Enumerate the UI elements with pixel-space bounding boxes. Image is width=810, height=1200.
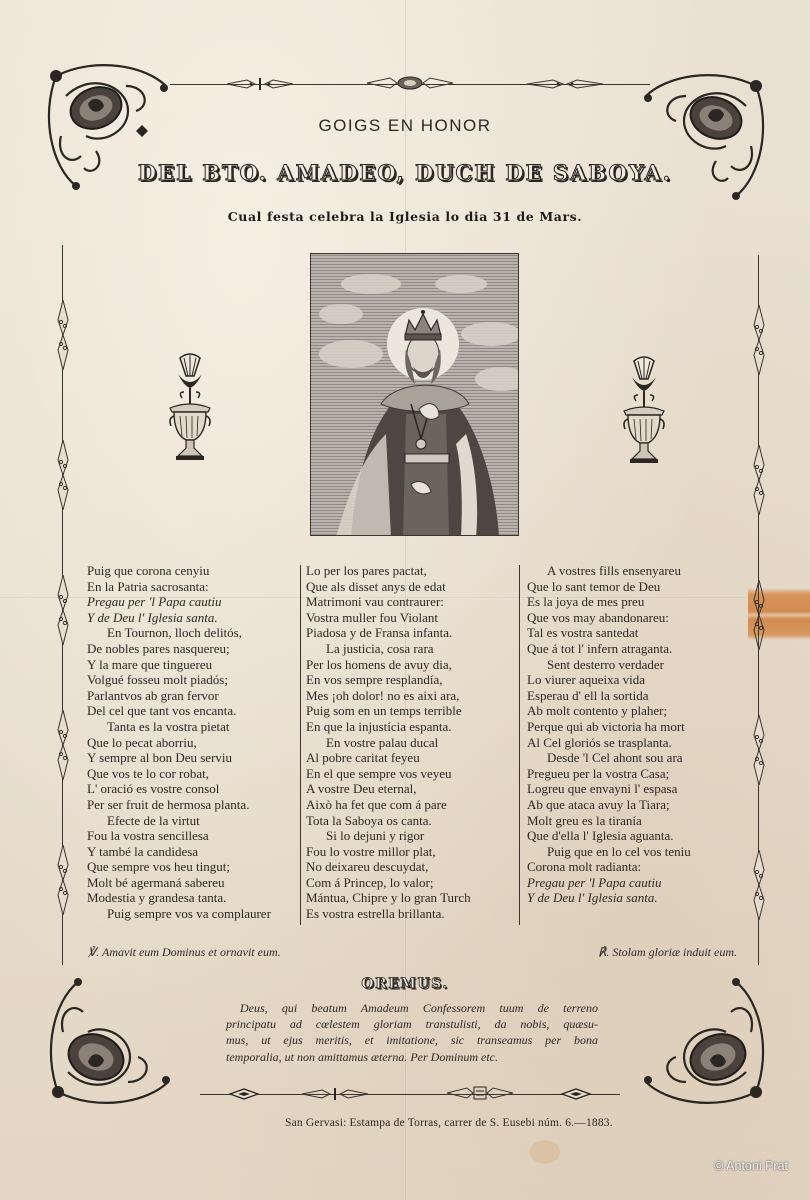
verse-line: Fou lo vostre millor plat, [306, 844, 518, 860]
border-ornament-icon [56, 845, 70, 915]
verse-line: Que sempre vos heu tingut; [87, 859, 299, 875]
verse-column-3: A vostres fills ensenyareuQue lo sant te… [527, 563, 742, 906]
border-ornament-icon [56, 575, 70, 645]
verse-line: Al Cel gloriós se trasplanta. [527, 735, 742, 751]
verse-line: Pregau per 'l Papa cautiu [87, 594, 299, 610]
verse-line: Que als disset anys de edat [306, 579, 518, 595]
border-ornament-icon [56, 710, 70, 780]
border-ornament-icon [225, 78, 295, 90]
verse-line: Al pobre caritat feyeu [306, 750, 518, 766]
border-ornament-icon [752, 305, 766, 375]
header-goigs-en-honor: GOIGS EN HONOR [0, 116, 810, 136]
verse-line: En vos sempre resplandía, [306, 672, 518, 688]
verse-line: Puig som en un temps terrible [306, 703, 518, 719]
verse-line: Modestia y grandesa tanta. [87, 890, 299, 906]
border-ornament-icon [56, 300, 70, 370]
verse-line: Puig que en lo cel vos teniu [527, 844, 742, 860]
verse-line: Matrimoni vau contraurer: [306, 594, 518, 610]
verse-line: Tota la Saboya os canta. [306, 813, 518, 829]
border-ornament-icon [752, 445, 766, 515]
verse-line: Que lo pecat aborriu, [87, 735, 299, 751]
prayer-line: principatu ad cœlestem gloriam transtuli… [226, 1016, 598, 1032]
verse-line: Si lo dejuni y rigor [306, 828, 518, 844]
border-diamond-icon [228, 1088, 260, 1100]
verse-line: Efecte de la virtut [87, 813, 299, 829]
border-bottom [200, 1094, 620, 1095]
corner-cartouche-icon [636, 972, 776, 1112]
verse-line: Pregau per 'l Papa cautiu [527, 875, 742, 891]
verse-line: En el que sempre vos veyeu [306, 766, 518, 782]
verse-line: Perque qui ab victoria ha mort [527, 719, 742, 735]
verse-line: Molt bé agermaná sabereu [87, 875, 299, 891]
verse-line: De nobles pares nasquereu; [87, 641, 299, 657]
verse-line: En que la injustícia espanta. [306, 719, 518, 735]
verse-line: Volgué fosseu molt piadós; [87, 672, 299, 688]
goigs-broadside: GOIGS EN HONOR DEL BTO. AMADEO, DUCH DE … [0, 0, 810, 1200]
verse-line: Això ha fet que com á pare [306, 797, 518, 813]
response: ℟. Stolam gloriæ induit eum. [598, 945, 737, 960]
urn-with-thistle-icon [620, 355, 668, 467]
header-title: DEL BTO. AMADEO, DUCH DE SABOYA. [0, 160, 810, 185]
verse-line: Lo viurer aqueixa vida [527, 672, 742, 688]
prayer-line: temporalia, ut non amittamus æterna. Per… [226, 1049, 598, 1065]
verse-line: Que á tot l' infern atraganta. [527, 641, 742, 657]
verse-line: Tanta es la vostra pietat [87, 719, 299, 735]
column-divider [300, 565, 301, 925]
verse-line: A vostre Deu eternal, [306, 781, 518, 797]
border-ornament-icon [56, 440, 70, 510]
verse-line: Tal es vostra santedat [527, 625, 742, 641]
verse-line: Corona molt radianta: [527, 859, 742, 875]
verse-line: En la Patria sacrosanta: [87, 579, 299, 595]
verse-line: L' oració es vostre consol [87, 781, 299, 797]
border-ornament-icon [300, 1088, 370, 1100]
border-medallion-icon [365, 77, 455, 89]
verse-line: No deixareu descuydat, [306, 859, 518, 875]
oremus-prayer: Deus, qui beatum Amadeum Confessorem tuu… [226, 1000, 598, 1065]
verse-line: En Tournon, lloch delitós, [87, 625, 299, 641]
verse-column-2: Lo per los pares pactat,Que als disset a… [306, 563, 518, 922]
verse-line: Ab que ataca avuy la Tiara; [527, 797, 742, 813]
verse-line: Que lo sant temor de Deu [527, 579, 742, 595]
verse-line: A vostres fills ensenyareu [527, 563, 742, 579]
verse-line: Es la joya de mes preu [527, 594, 742, 610]
border-ornament-icon [525, 78, 605, 90]
verse-line: Puig que corona cenyiu [87, 563, 299, 579]
border-ornament-icon [752, 850, 766, 920]
verse-line: Y de Deu l' Iglesia santa. [527, 890, 742, 906]
verse-line: Que vos te lo cor robat, [87, 766, 299, 782]
verse-line: Logreu que envayni l' espasa [527, 781, 742, 797]
verse-line: Pregueu per la vostra Casa; [527, 766, 742, 782]
prayer-line: mus, ut ejus meritis, et imitatione, sic… [226, 1032, 598, 1048]
versicle: ℣. Amavit eum Dominus et ornavit eum. [88, 945, 281, 960]
foxing-spot [530, 1140, 560, 1164]
verse-line: Ab molt contento y plaher; [527, 703, 742, 719]
column-divider [519, 565, 520, 925]
verse-line: Fou la vostra sencillesa [87, 828, 299, 844]
verse-line: Mes ¡oh dolor! no es aixi ara, [306, 688, 518, 704]
verse-line: Y la mare que tinguereu [87, 657, 299, 673]
verse-line: Es vostra estrella brillanta. [306, 906, 518, 922]
verse-line: Sent desterro verdader [527, 657, 742, 673]
verse-line: En vostre palau ducal [306, 735, 518, 751]
corner-cartouche-icon [38, 972, 178, 1112]
photo-credit-watermark: © Antoni Prat [714, 1159, 788, 1173]
verse-line: Esperau d' ell la sortida [527, 688, 742, 704]
border-diamond-icon [560, 1088, 592, 1100]
verse-line: Mántua, Chipre y lo gran Turch [306, 890, 518, 906]
verse-line: Y sempre al bon Deu serviu [87, 750, 299, 766]
verse-line: Puig sempre vos va complaurer [87, 906, 299, 922]
saint-portrait-engraving [310, 253, 519, 536]
prayer-line: Deus, qui beatum Amadeum Confessorem tuu… [226, 1000, 598, 1016]
header-feast-day: Cual festa celebra la Iglesia lo dia 31 … [0, 209, 810, 224]
verse-line: Que d'ella l' Iglesia aguanta. [527, 828, 742, 844]
verse-line: Piadosa y de Fransa infanta. [306, 625, 518, 641]
verse-line: Per ser fruit de hermosa planta. [87, 797, 299, 813]
corner-cartouche-icon [636, 66, 776, 206]
border-ornament-icon [752, 580, 766, 650]
verse-line: Com á Princep, lo valor; [306, 875, 518, 891]
verse-column-1: Puig que corona cenyiuEn la Patria sacro… [87, 563, 299, 922]
oremus-heading: OREMUS. [0, 976, 810, 992]
border-ornament-icon [752, 715, 766, 785]
verse-line: La justicia, cosa rara [306, 641, 518, 657]
verse-line: Parlantvos ab gran fervor [87, 688, 299, 704]
verse-line: Lo per los pares pactat, [306, 563, 518, 579]
verse-line: Molt greu es la tiranía [527, 813, 742, 829]
verse-line: Vostra muller fou Violant [306, 610, 518, 626]
verse-line: Que vos may abandonareu: [527, 610, 742, 626]
verse-line: Y de Deu l' Iglesia santa. [87, 610, 299, 626]
verse-line: Per los homens de avuy dia, [306, 657, 518, 673]
verse-line: Y també la candidesa [87, 844, 299, 860]
printer-imprint: San Gervasi: Estampa de Torras, carrer d… [285, 1117, 613, 1129]
urn-with-thistle-icon [166, 352, 214, 464]
verse-line: Desde 'l Cel ahont sou ara [527, 750, 742, 766]
border-ornament-icon [445, 1087, 515, 1099]
verse-line: Del cel que tant vos encanta. [87, 703, 299, 719]
